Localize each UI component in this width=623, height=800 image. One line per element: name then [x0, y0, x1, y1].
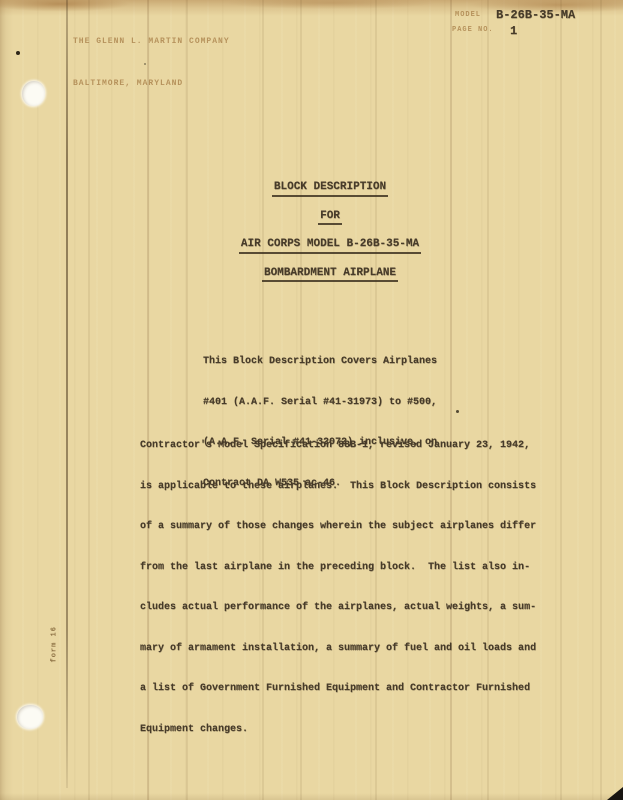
paragraph-line: Contractor's Model Specification 88B-1, … [140, 439, 536, 453]
scan-corner-shadow [607, 787, 623, 800]
document-title: BLOCK DESCRIPTION FOR AIR CORPS MODEL B-… [130, 181, 530, 282]
title-line: BLOCK DESCRIPTION [272, 181, 388, 197]
page-number: 1 [510, 24, 517, 38]
scanned-document-page: THE GLENN L. MARTIN COMPANY BALTIMORE, M… [0, 0, 623, 800]
paragraph-line: mary of armament installation, a summary… [140, 642, 536, 656]
binding-crease [66, 0, 68, 788]
title-line: FOR [318, 210, 342, 226]
page-number-label: PAGE NO. [452, 26, 494, 34]
ink-speck [16, 51, 20, 55]
paper-crease [88, 0, 90, 800]
punch-hole-bottom [17, 705, 43, 729]
company-location: BALTIMORE, MARYLAND [73, 77, 230, 91]
form-number-stamp: form 16 [51, 617, 62, 663]
ink-speck [144, 63, 146, 65]
paragraph-line: from the last airplane in the preceding … [140, 561, 536, 575]
paragraph-line: Equipment changes. [140, 723, 536, 737]
title-text: AIR CORPS MODEL B-26B-35-MA [239, 238, 421, 254]
paper-crease [560, 0, 562, 800]
company-letterhead: THE GLENN L. MARTIN COMPANY BALTIMORE, M… [73, 7, 230, 119]
paragraph-line: #401 (A.A.F. Serial #41-31973) to #500, [203, 396, 437, 410]
paragraph-line: is applicable to these airplanes. This B… [140, 480, 536, 494]
paragraph-line: cludes actual performance of the airplan… [140, 601, 536, 615]
title-text: FOR [318, 210, 342, 226]
title-text: BOMBARDMENT AIRPLANE [262, 267, 398, 283]
ink-speck [456, 410, 459, 413]
paragraph-line: This Block Description Covers Airplanes [203, 355, 437, 369]
body-paragraph: Contractor's Model Specification 88B-1, … [140, 412, 536, 763]
title-text: BLOCK DESCRIPTION [272, 181, 388, 197]
paper-crease [600, 0, 602, 800]
company-name: THE GLENN L. MARTIN COMPANY [73, 35, 230, 49]
title-line: BOMBARDMENT AIRPLANE [262, 267, 398, 283]
title-line: AIR CORPS MODEL B-26B-35-MA [239, 238, 421, 254]
model-number: B-26B-35-MA [496, 8, 575, 22]
paragraph-line: of a summary of those changes wherein th… [140, 520, 536, 534]
model-label: MODEL [455, 11, 481, 19]
paragraph-line: a list of Government Furnished Equipment… [140, 682, 536, 696]
punch-hole-top [22, 81, 45, 106]
